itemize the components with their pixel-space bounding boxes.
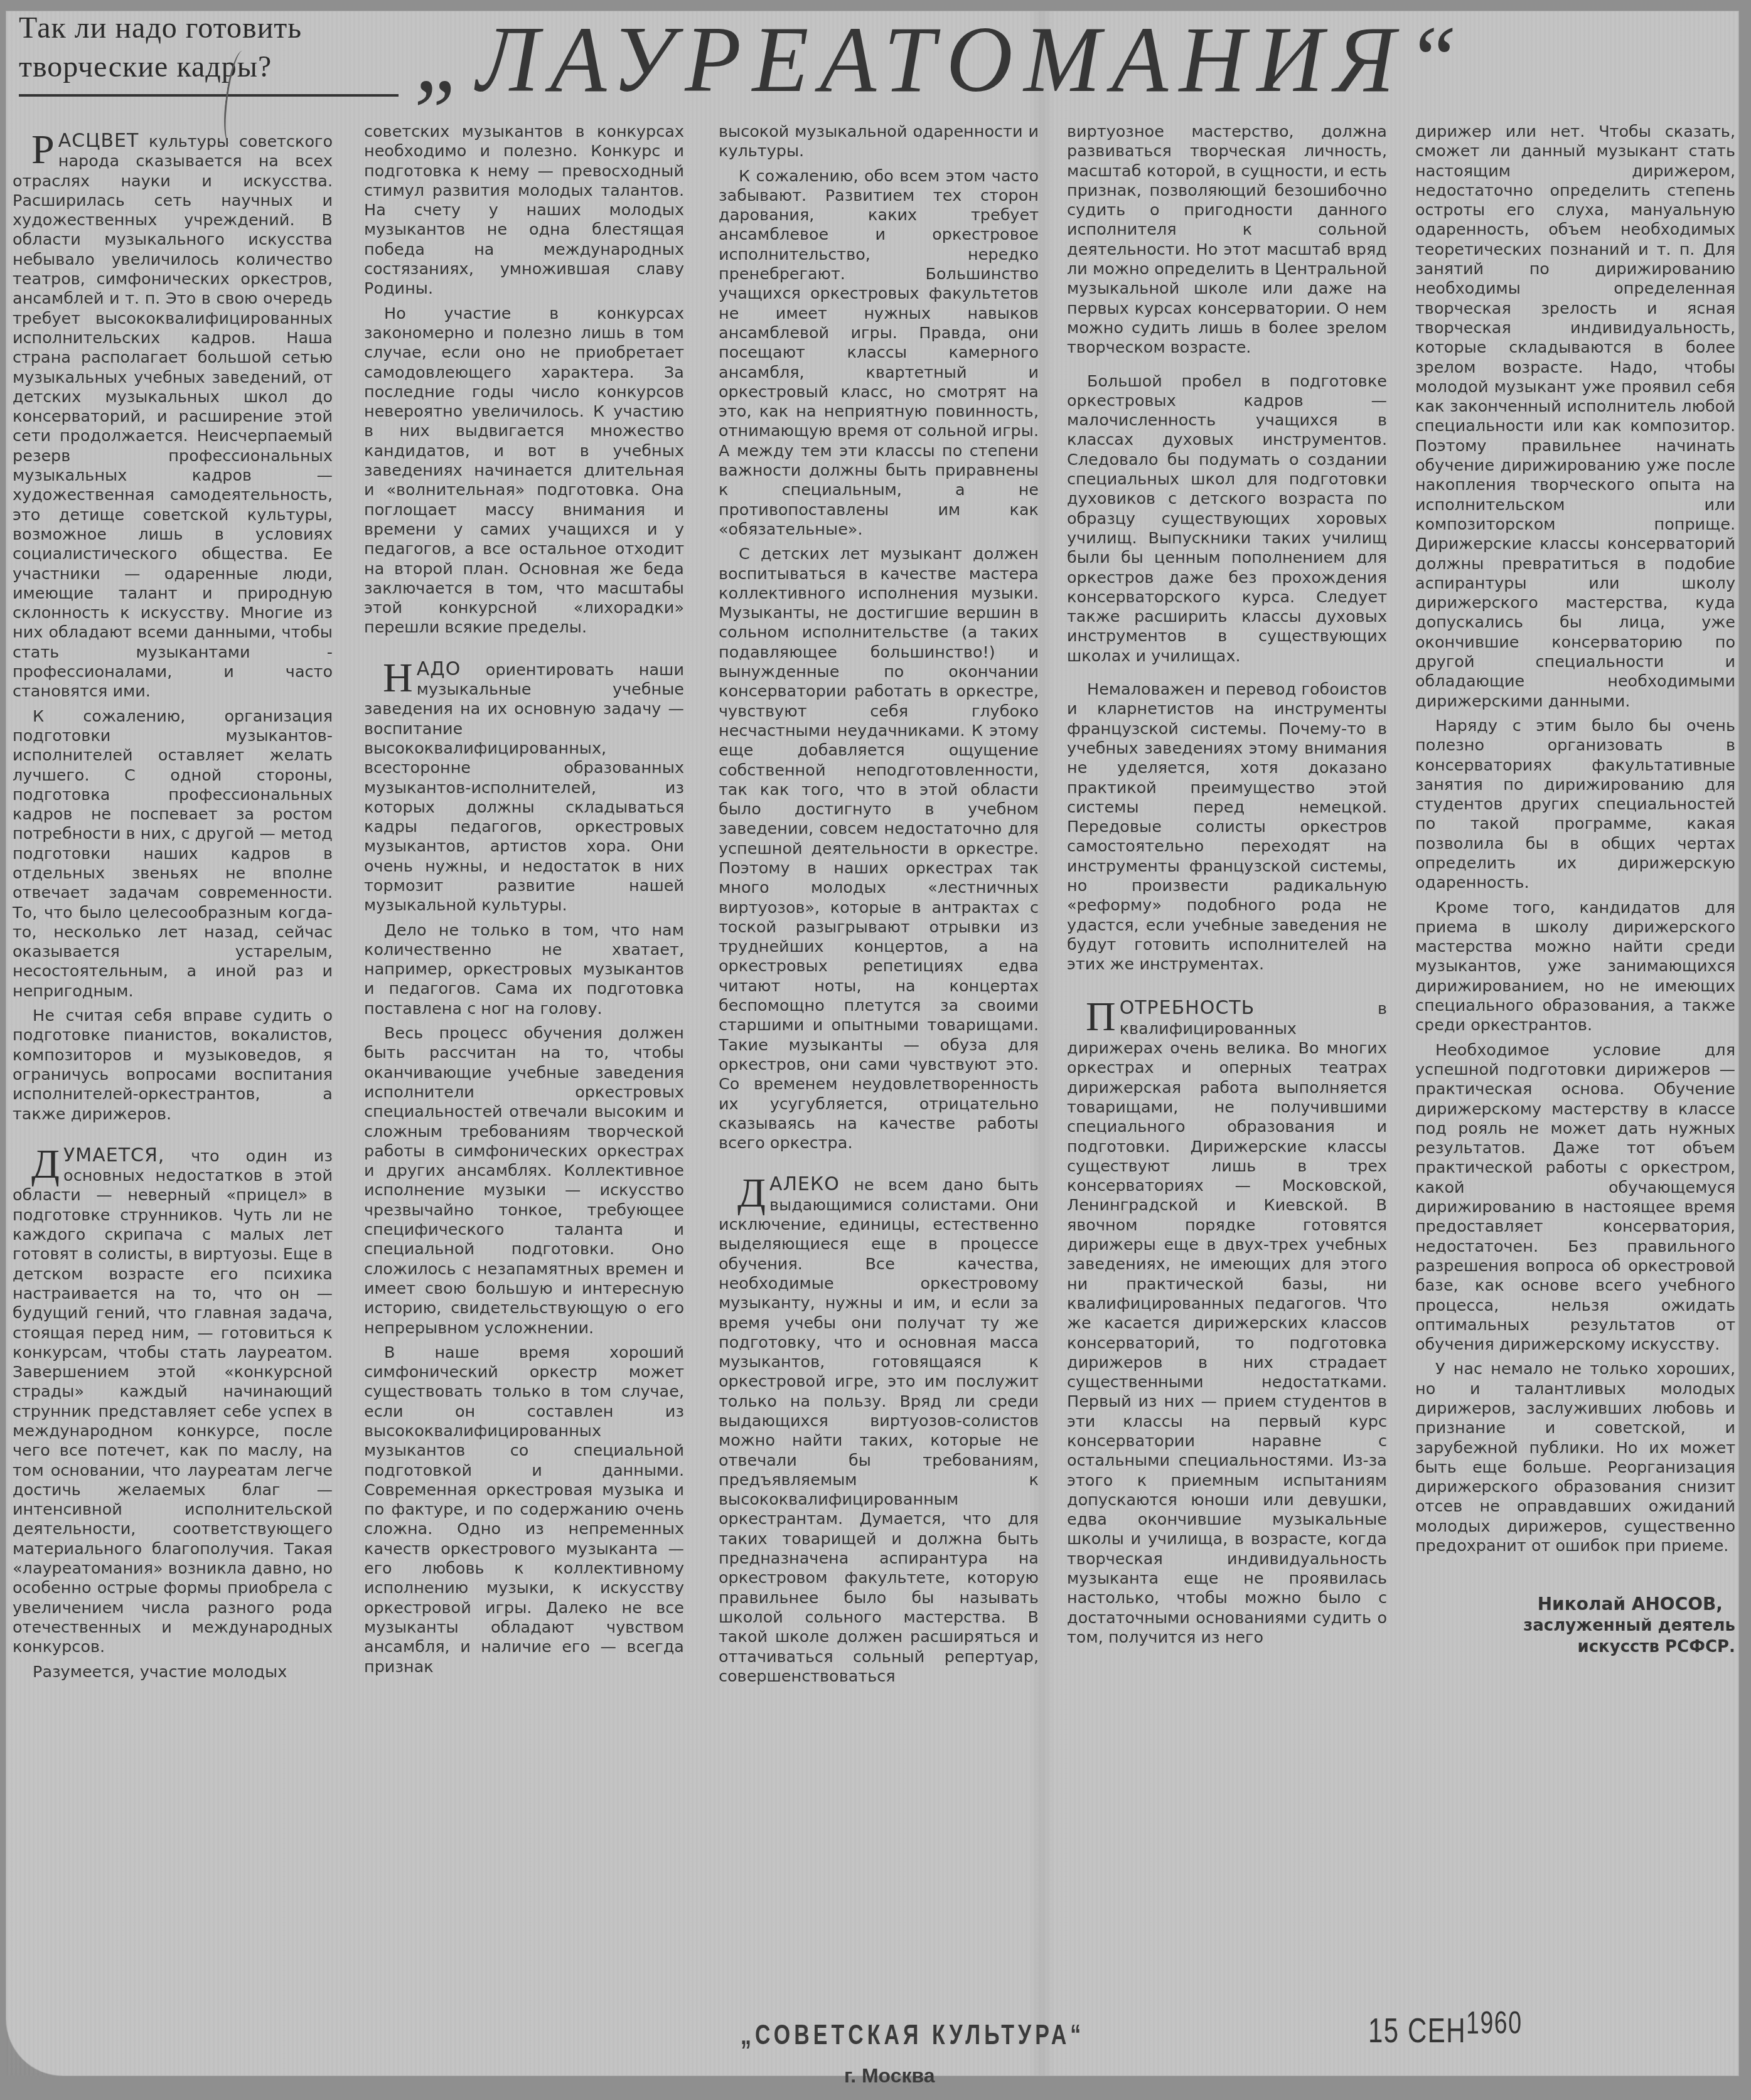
author-title-1: заслуженный деятель [1415,1615,1735,1636]
paragraph: Немаловажен и перевод гобоистов и кларне… [1067,680,1387,974]
dropcap: П [1086,999,1116,1035]
paragraph: Разумеется, участие молодых [13,1663,333,1682]
paragraph: С детских лет музыкант должен воспитыват… [719,545,1039,1153]
city-stamp: г. Москва [844,2064,935,2087]
paragraph: советских музыкантов в конкурсах необход… [364,122,684,299]
paragraph: В наше время хороший симфонический оркес… [364,1343,684,1677]
dropcap: Н [383,661,413,696]
author-name: Николай АНОСОВ, [1415,1594,1735,1615]
author-title-2: искусств РСФСР. [1415,1636,1735,1658]
column-5: дирижер или нет. Чтобы сказать, сможет л… [1415,122,1735,1658]
column-3: высокой музыкальной одаренности и культу… [719,122,1039,1692]
date-day-month: 15 СЕН [1368,2010,1466,2050]
author-signature: Николай АНОСОВ, заслуженный деятель иску… [1415,1594,1735,1658]
rubric-heading: Так ли надо готовить творческие кадры? [19,9,405,87]
paragraph: виртуозное мастерство, должна развиватьс… [1067,122,1387,358]
dropcap: Д [737,1176,766,1211]
rubric-line-1: Так ли надо готовить [19,9,405,48]
paragraph: Кроме того, кандидатов для приема в школ… [1415,898,1735,1036]
paragraph: высокой музыкальной одаренности и культу… [719,122,1039,162]
article-headline: „ЛАУРЕАТОМАНИЯ“ [414,6,1706,113]
paragraph: Большой пробел в подготовке оркестровых … [1067,372,1387,666]
paragraph: Но участие в конкурсах закономерно и пол… [364,304,684,638]
paragraph: Весь процесс обучения должен быть рассчи… [364,1024,684,1338]
rubric-line-2: творческие кадры? [19,48,405,87]
dropcap: Д [31,1147,60,1182]
paragraph: ДАЛЕКО не всем дано быть выдающимися сол… [719,1175,1039,1687]
rubric-underline [19,94,399,97]
paragraph: У нас немало не только хороших, но и тал… [1415,1360,1735,1556]
newspaper-stamp: „СОВЕТСКАЯ КУЛЬТУРА“ [741,2020,1084,2052]
paragraph: Необходимое условие для успешной подгото… [1415,1041,1735,1355]
paragraph: Не считая себя вправе судить о подготовк… [13,1006,333,1124]
date-stamp: 15 СЕН1960 [1368,2005,1522,2050]
paragraph: Наряду с этим было бы очень полезно орга… [1415,717,1735,893]
paragraph: К сожалению, обо всем этом часто забываю… [719,167,1039,540]
paragraph: РАСЦВЕТ культуры советского народа сказы… [13,131,333,702]
paragraph: ДУМАЕТСЯ, что один из основных недостатк… [13,1146,333,1658]
paragraph: дирижер или нет. Чтобы сказать, сможет л… [1415,122,1735,712]
date-year: 1960 [1466,2005,1522,2040]
dropcap: Р [31,132,55,168]
paragraph: НАДО ориентировать наши музыкальные учеб… [364,659,684,916]
column-2: советских музыкантов в конкурсах необход… [364,122,684,1682]
column-1: РАСЦВЕТ культуры советского народа сказы… [13,122,333,1687]
paragraph: К сожалению, организация подготовки музы… [13,707,333,1001]
column-4: виртуозное мастерство, должна развиватьс… [1067,122,1387,1653]
paragraph: Дело не только в том, что нам количестве… [364,921,684,1019]
paragraph: ПОТРЕБНОСТЬ в квалифицированных дирижера… [1067,998,1387,1648]
